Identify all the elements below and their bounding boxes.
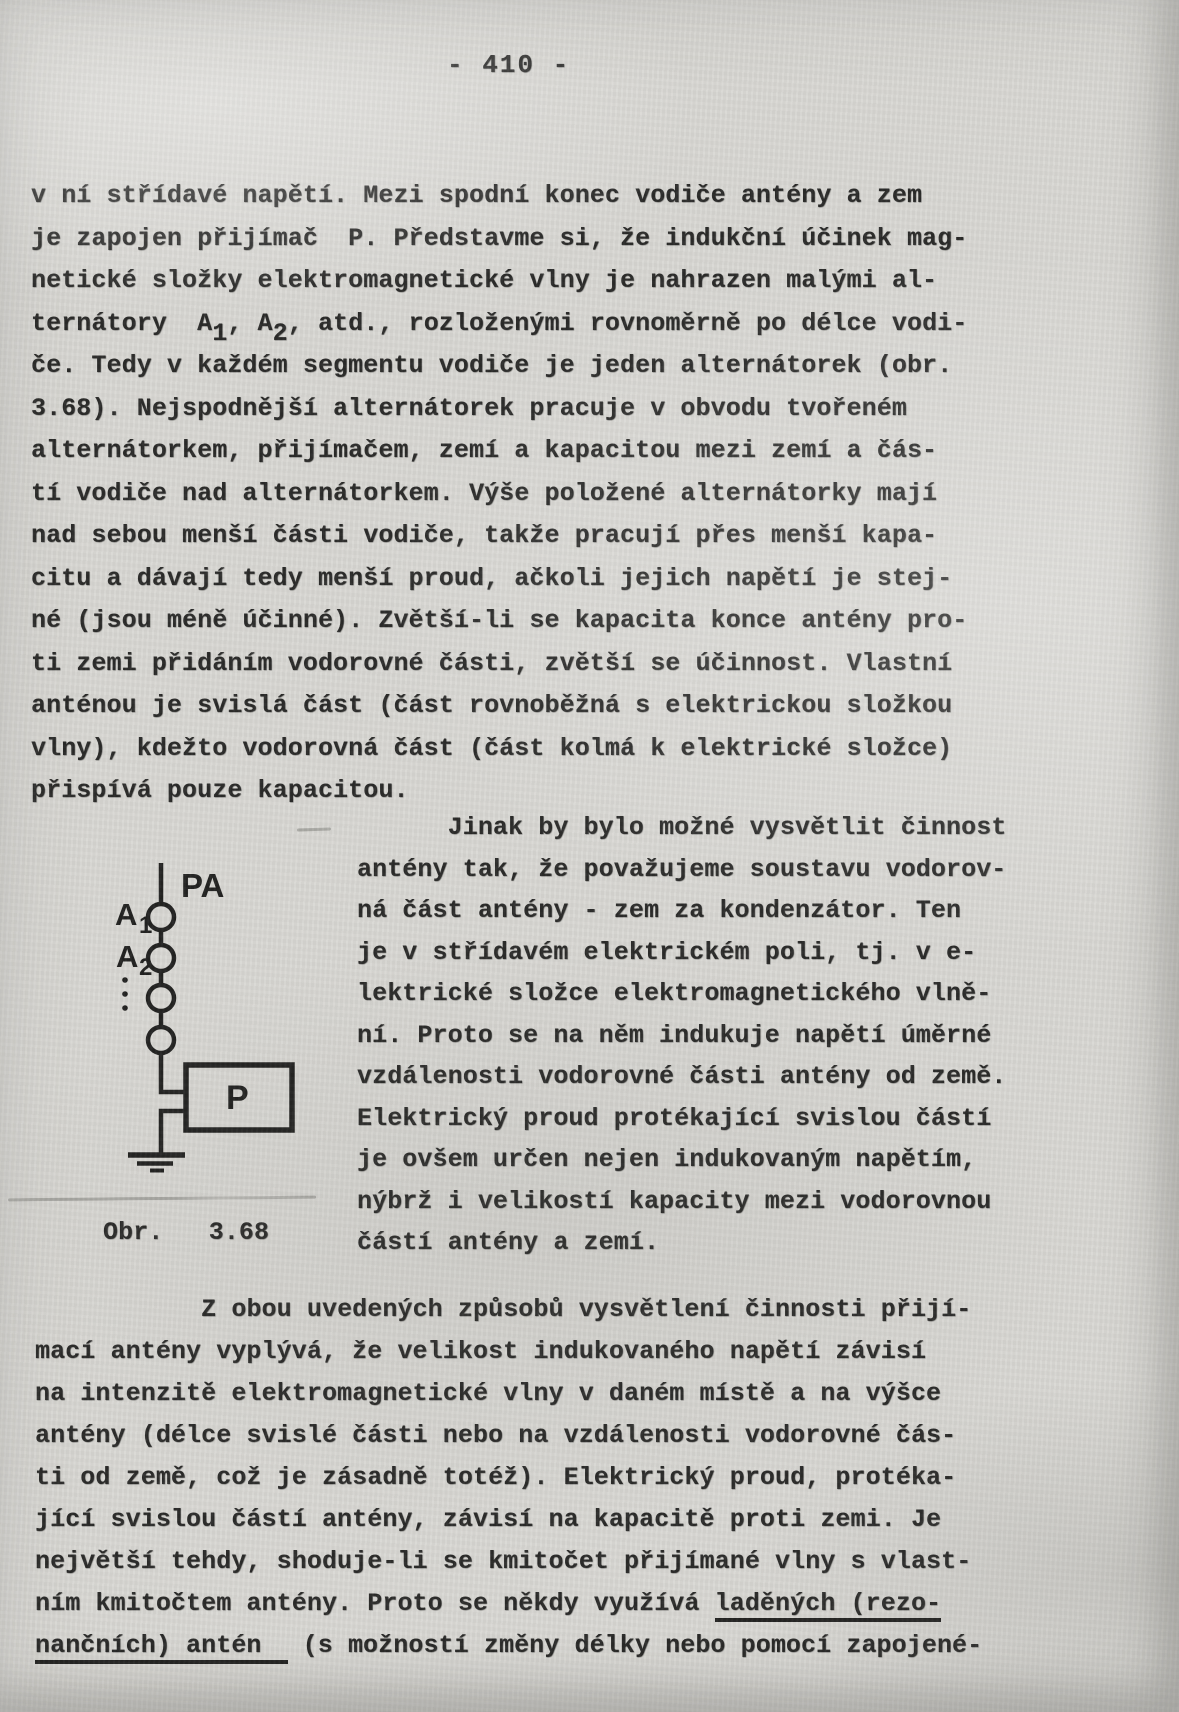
paragraph-3-line-8: ním kmitočtem antény. Proto se někdy vyu… <box>35 1583 1065 1625</box>
figure-antenna-diagram: PA A 1 A 2 P <box>95 855 305 1180</box>
paragraph-3-text-a: Z obou uvedených způsobů vysvětlení činn… <box>35 1289 1065 1583</box>
line8-underlined-text: laděných (rezo- <box>715 1589 942 1622</box>
pencil-dash-mark <box>297 827 331 831</box>
alternator-2-subscript: 2 <box>273 313 288 356</box>
dot <box>122 1005 128 1011</box>
figure-labels: PA A 1 A 2 P <box>115 867 249 1117</box>
alternator-2-label: A <box>116 939 138 974</box>
line9-normal-text: (s možností změny délky nebo pomocí zapo… <box>288 1631 983 1660</box>
paragraph-1-line-alternators: ternátory A1, A2, atd., rozloženými rovn… <box>31 303 1041 346</box>
paragraph-1-text-b: če. Tedy v každém segmentu vodiče je jed… <box>31 345 1041 813</box>
line9-underlined-text: nančních) antén <box>35 1631 288 1664</box>
paragraph-1: v ní střídavé napětí. Mezi spodní konec … <box>31 175 1041 813</box>
dot <box>122 977 128 983</box>
paragraph-3-line-9: nančních) antén (s možností změny délky … <box>35 1625 1065 1667</box>
line8-normal-text: ním kmitočtem antény. Proto se někdy vyu… <box>35 1589 715 1618</box>
alternator-1-label: A <box>115 897 137 932</box>
wire-to-receiver <box>161 1053 186 1092</box>
page-number: - 410 - <box>447 50 570 80</box>
line4-segment-2: , A <box>227 309 272 338</box>
receiver-label: P <box>226 1079 249 1117</box>
scanned-page: - 410 - v ní střídavé napětí. Mezi spodn… <box>0 0 1179 1712</box>
alternator-2-label-subscript: 2 <box>139 954 152 981</box>
antenna-top-label: PA <box>181 867 224 904</box>
ellipsis-dots-icon <box>122 977 128 1011</box>
alternator-circle-4 <box>148 1027 174 1053</box>
paragraph-2: Jinak by bylo možné vysvětlit činnost an… <box>357 807 1057 1264</box>
antenna-circuit <box>148 863 292 1153</box>
figure-caption: Obr. 3.68 <box>103 1218 269 1248</box>
line4-segment-3: , atd., rozloženými rovnoměrně po délce … <box>288 309 968 338</box>
pencil-mark <box>8 1196 316 1202</box>
wire-to-ground <box>161 1111 186 1153</box>
alternator-1-subscript: 1 <box>212 313 227 356</box>
dot <box>122 991 128 997</box>
alternator-circle-3 <box>148 985 174 1011</box>
paragraph-3: Z obou uvedených způsobů vysvětlení činn… <box>35 1289 1065 1667</box>
alternator-1-label-subscript: 1 <box>139 912 152 939</box>
ground-icon <box>128 1155 185 1171</box>
paragraph-1-text-a: v ní střídavé napětí. Mezi spodní konec … <box>31 175 1041 303</box>
line4-segment-1: ternátory A <box>31 309 212 338</box>
